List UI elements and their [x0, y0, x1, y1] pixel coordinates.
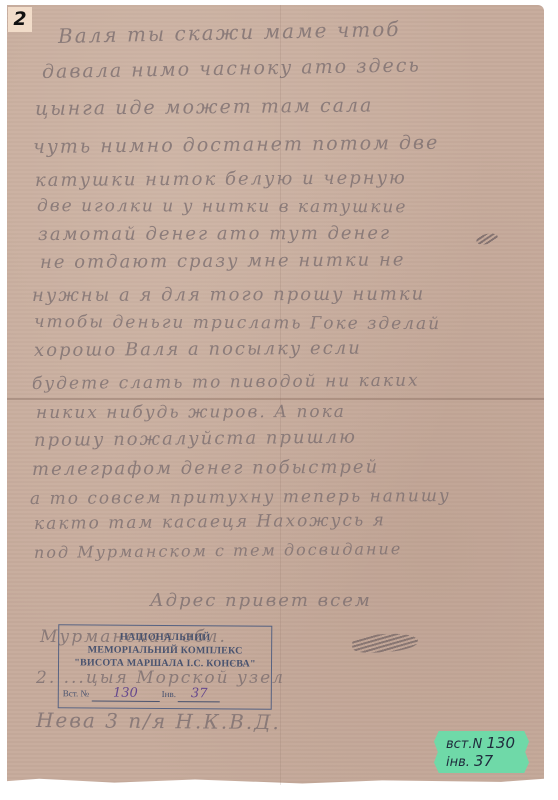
sticker-entry-value: 130: [486, 734, 515, 752]
stamp-line-3: "ВИСОТА МАРШАЛА І.С. КОНЄВА": [59, 657, 271, 669]
horizontal-fold-crease: [7, 398, 544, 400]
text-line: телеграфом денег побыстрей: [32, 457, 379, 480]
archive-sticker: вст.N 130 інв. 37: [434, 731, 529, 773]
text-line: прошу пожалуйста пришлю: [34, 427, 357, 451]
text-line: Нева 3 п/я Н.К.В.Д.: [36, 708, 281, 734]
text-line: под Мурманском с тем досвидание: [34, 539, 402, 562]
text-line: две иголки и у нитки в катушкие: [37, 196, 408, 217]
inventory-number-label: Інв.: [162, 689, 176, 699]
text-line: не отдают сразу мне нитки не: [40, 249, 406, 273]
sticker-inventory-value: 37: [474, 752, 493, 770]
sticker-line-2: інв. 37: [446, 753, 529, 771]
entry-number-value: 130: [91, 685, 159, 701]
stamp-line-2: МЕМОРІАЛЬНИЙ КОМПЛЕКС: [59, 644, 271, 656]
text-line: никих нибудь жиров. А пока: [36, 402, 346, 423]
sticker-entry-label: вст.N: [446, 737, 482, 752]
text-line: нужны а я для того прошу нитки: [32, 284, 425, 306]
text-line: чуть нимно достанет потом две: [33, 132, 440, 158]
text-line: Адрес привет всем: [150, 590, 372, 611]
text-line: както там касаеця Нахожусь я: [34, 510, 386, 534]
text-line: цынга иде может там сала: [35, 94, 374, 120]
text-line: замотай денег ато тут денег: [38, 223, 391, 245]
inventory-number-value: 37: [178, 686, 220, 702]
sticker-inventory-label: інв.: [446, 755, 470, 770]
museum-stamp: НАЦІОНАЛЬНИЙ МЕМОРІАЛЬНИЙ КОМПЛЕКС "ВИСО…: [58, 624, 273, 709]
sticker-line-1: вст.N 130: [446, 735, 529, 753]
text-line: катушки ниток белую и черную: [35, 167, 407, 191]
text-line: чтобы деньги трислать Гоке зделай: [34, 312, 441, 334]
stamp-line-1: НАЦІОНАЛЬНИЙ: [59, 631, 271, 643]
entry-number-label: Вст. №: [63, 688, 89, 698]
text-line: а то совсем притухну теперь напишу: [30, 486, 451, 509]
page-number-tag: 2: [8, 7, 32, 32]
text-line: будете слать то пиводой ни каких: [32, 371, 420, 394]
stamp-numbers-row: Вст. № 130 Інв. 37: [63, 685, 265, 702]
text-line: хорошо Валя а посылку если: [34, 338, 362, 361]
